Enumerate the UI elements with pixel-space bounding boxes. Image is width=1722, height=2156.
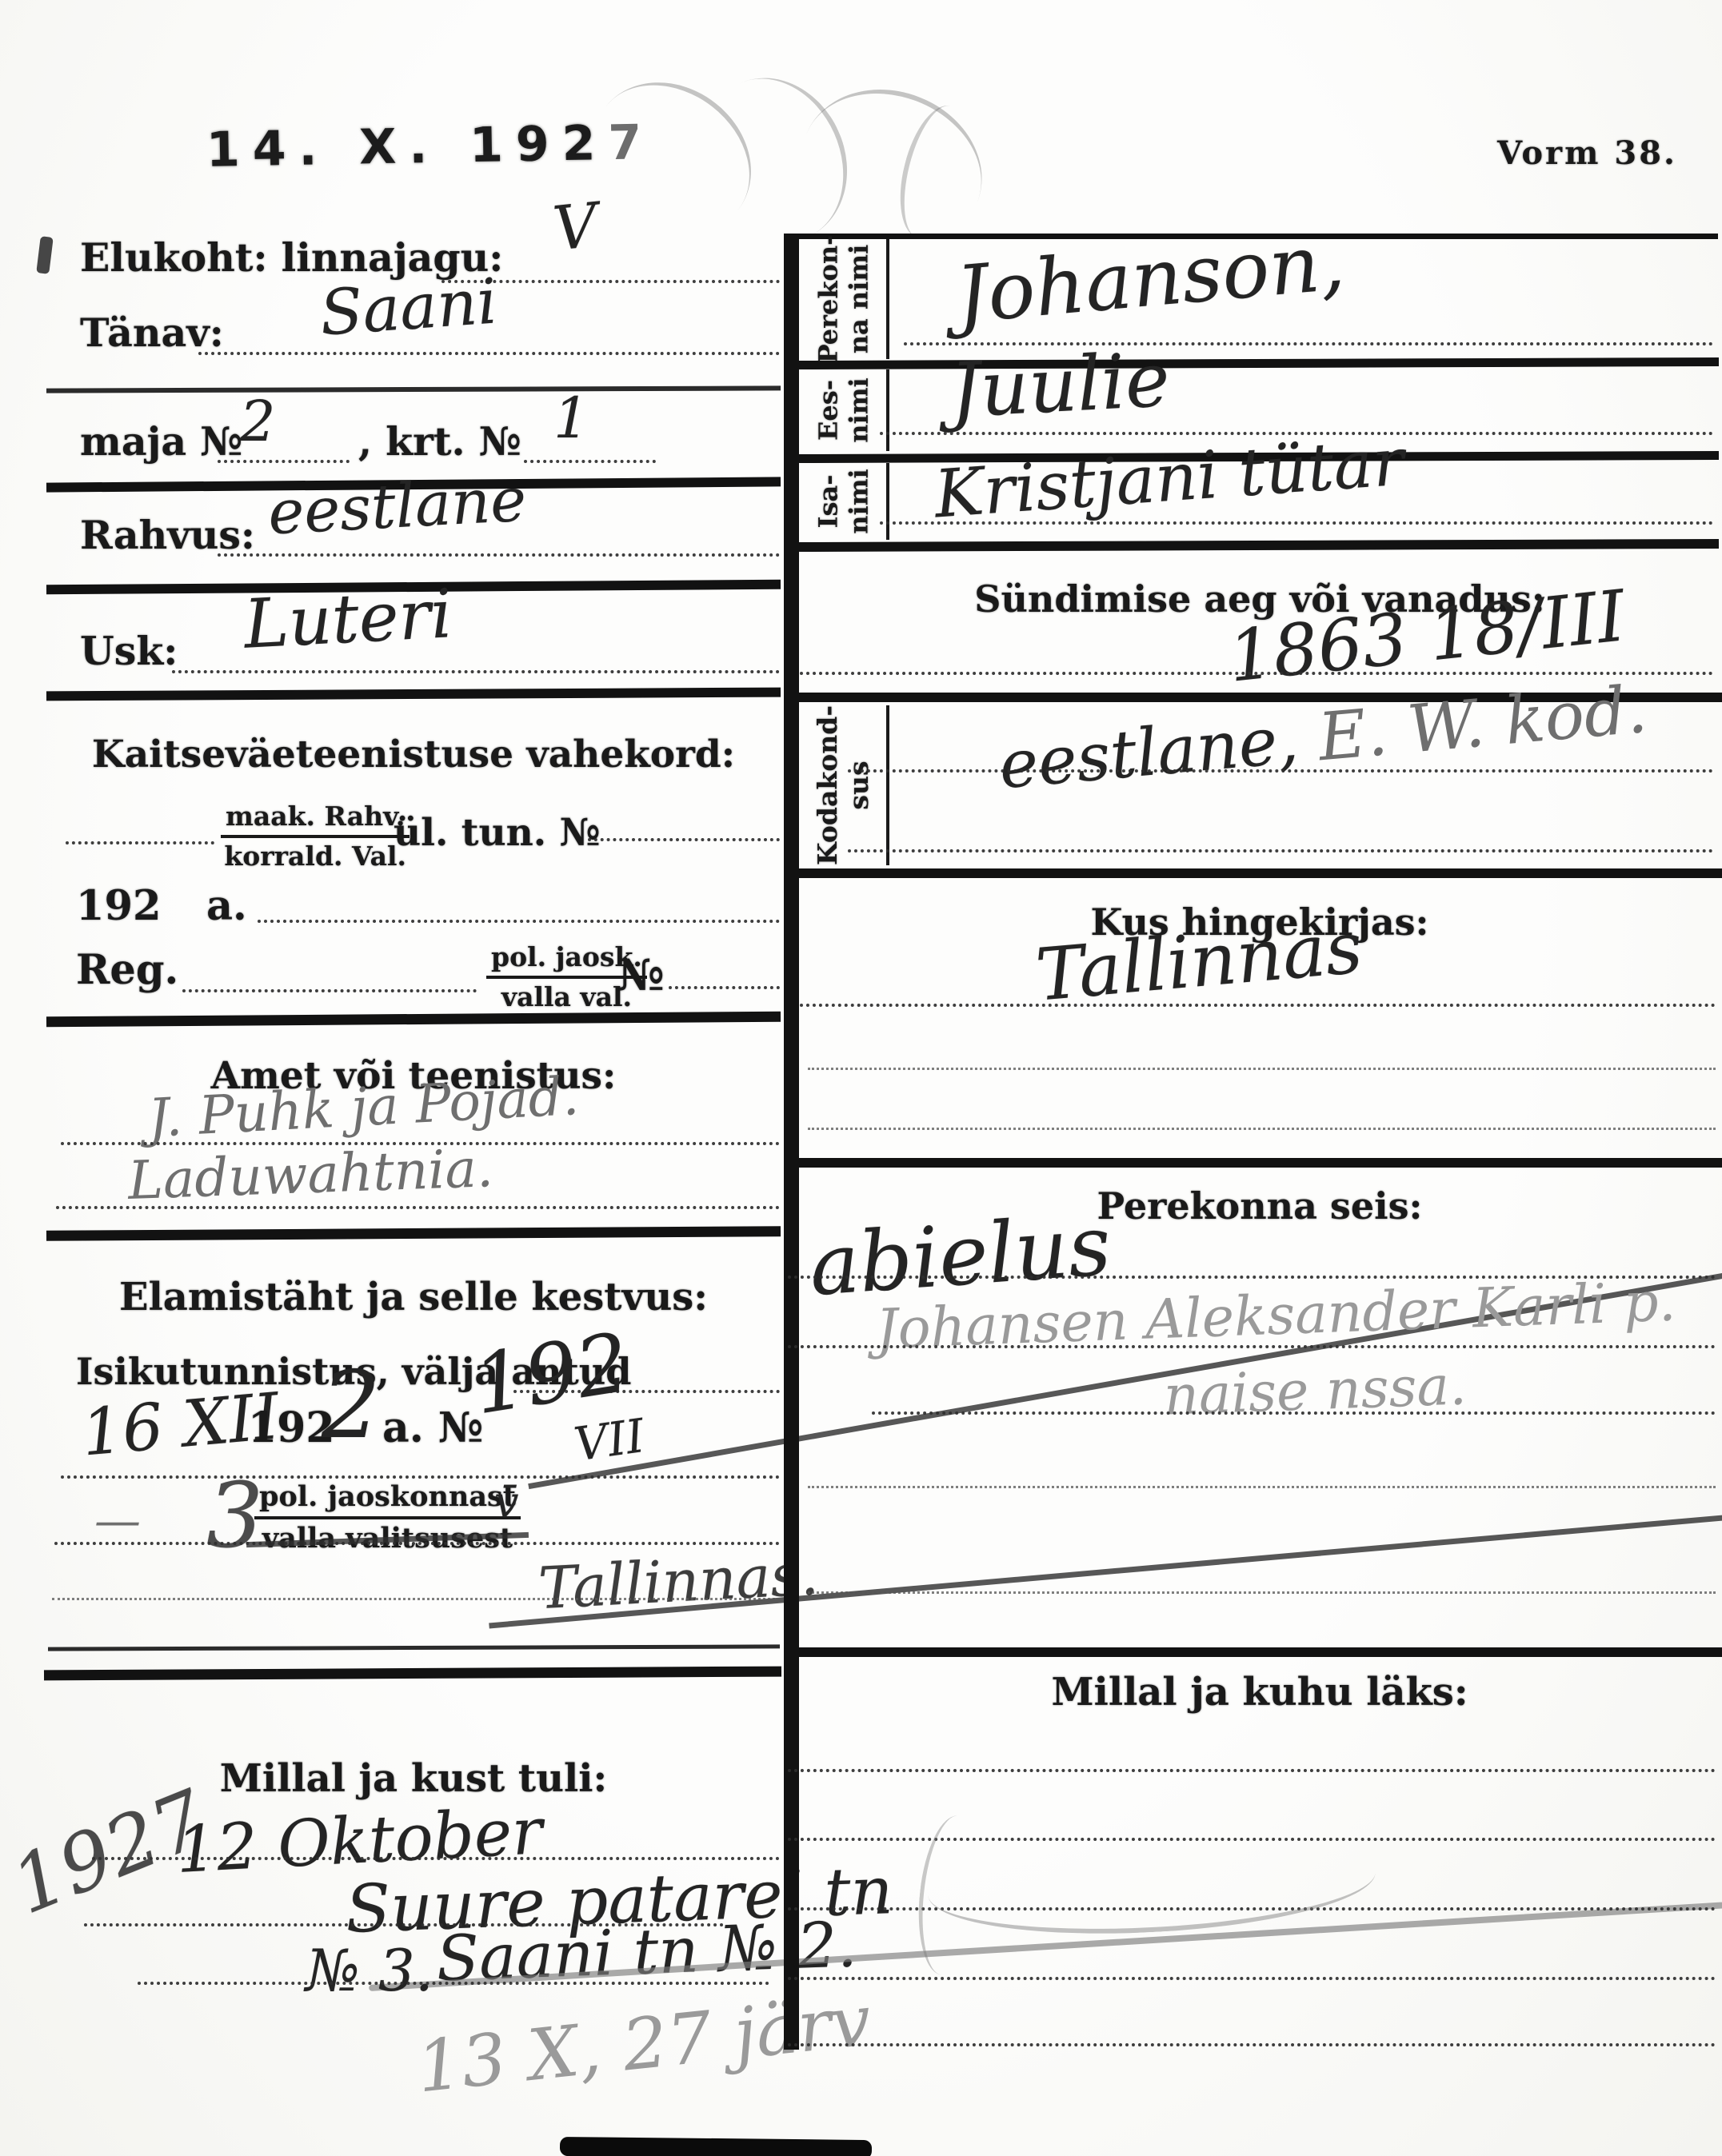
section-kaitsevagi-heading: Kaitseväeteenistuse vahekord: xyxy=(46,736,781,773)
label-cell-kodakondsus: Kodakond- sus xyxy=(801,705,889,865)
ruled-line xyxy=(138,1982,769,1985)
field-v-mark: v̄ xyxy=(494,1481,519,1524)
ruled-line xyxy=(182,989,477,992)
field-krt-label: , krt. № xyxy=(358,422,521,461)
ruled-line xyxy=(52,1598,780,1600)
section-elamistaht-heading: Elamistäht ja selle kestvus: xyxy=(46,1278,781,1316)
field-usk-value: Luteri xyxy=(242,580,453,658)
rule-heavy xyxy=(784,868,1722,878)
ruled-line xyxy=(66,841,214,844)
field-year-label: 192 xyxy=(76,886,161,927)
rule-thin xyxy=(48,1644,780,1651)
ruled-line xyxy=(669,986,780,989)
ruled-line xyxy=(92,1857,780,1860)
ruled-line xyxy=(218,460,350,463)
label-line: sus xyxy=(844,705,875,865)
field-elukoht-value: V xyxy=(550,194,601,259)
field-tuli-line3: № 3. xyxy=(306,1942,433,1999)
ruled-line xyxy=(872,1411,1716,1415)
rule-heavy xyxy=(799,539,1719,552)
field-year-suffix: a. xyxy=(206,886,247,927)
date-stamp-text: 14. X. 192 xyxy=(206,115,609,178)
ruled-line xyxy=(808,1128,1716,1130)
rule-heavy xyxy=(784,1158,1722,1168)
field-rahvus-value: eestlane xyxy=(266,469,528,544)
kodakondsus-main: eestlane, xyxy=(996,702,1300,804)
field-perekonnanimi-label: Perekon- na nimi xyxy=(813,235,874,364)
field-perekonnanimi-value: Johanson, xyxy=(953,223,1348,335)
field-reg-tail: № xyxy=(617,953,665,996)
field-eesnimi-label: Ees- nimi xyxy=(813,377,874,442)
scan-smudge xyxy=(36,236,53,274)
ruled-line xyxy=(172,670,780,673)
ruled-line xyxy=(788,1769,1716,1772)
rule-heavy xyxy=(46,1012,781,1027)
fraction-bottom-struck: valla valitsusest xyxy=(254,1519,521,1555)
field-rahvus-label: Rahvus: xyxy=(80,516,255,555)
rule-heavy xyxy=(46,688,781,701)
field-tanav-value: Saani xyxy=(318,270,500,345)
field-maja-value: 2 xyxy=(240,393,276,449)
ruled-line xyxy=(524,460,656,463)
ruled-line xyxy=(848,849,1713,852)
rule-heavy xyxy=(46,1226,781,1241)
kodakondsus-extra: E. W. kod. xyxy=(1316,672,1650,777)
field-issue-number-label: a. № xyxy=(382,1407,483,1449)
rule-heavy xyxy=(44,1667,781,1681)
field-usk-label: Usk: xyxy=(80,632,178,671)
label-line: nimi xyxy=(844,469,874,533)
ruled-line xyxy=(808,1486,1716,1488)
ruled-line xyxy=(61,1475,780,1479)
field-kaitsevagi-tail: ül. tun. № xyxy=(394,814,601,852)
rule-heavy xyxy=(799,357,1719,369)
label-line: na nimi xyxy=(844,235,874,364)
ruled-line xyxy=(808,1068,1716,1070)
field-tanav-label: Tänav: xyxy=(80,313,224,353)
field-kodakondsus-label: Kodakond- sus xyxy=(813,705,875,865)
field-maja-label: maja № xyxy=(80,422,242,461)
field-reg-label: Reg. xyxy=(76,950,178,991)
field-dash-mark: — xyxy=(94,1497,141,1543)
ruled-line xyxy=(800,672,1713,675)
label-cell-eesnimi: Ees- nimi xyxy=(801,369,889,451)
scanned-form-page: 14. X. 1927 Vorm 38. Elukoht: linnajagu:… xyxy=(0,0,1722,2156)
fraction-top: maak. Rahv. xyxy=(221,801,410,838)
label-line: Ees- xyxy=(813,377,844,442)
ruled-line xyxy=(54,1542,780,1545)
field-kaitsevagi-fraction: maak. Rahv. korrald. Val. xyxy=(221,801,410,872)
date-stamp: 14. X. 1927 xyxy=(206,114,654,178)
label-line: Isa- xyxy=(813,469,844,533)
fraction-bottom: korrald. Val. xyxy=(221,838,410,872)
rule-heavy xyxy=(784,1647,1722,1657)
ruled-line xyxy=(198,352,780,355)
label-line: Kodakond- xyxy=(813,705,844,865)
ruled-line xyxy=(800,1004,1716,1007)
label-cell-perekonnanimi: Perekon- na nimi xyxy=(801,239,889,359)
section-laks-heading: Millal ja kuhu läks: xyxy=(800,1673,1720,1711)
ruled-line xyxy=(56,1206,780,1209)
ruled-line xyxy=(788,1345,1716,1348)
ruled-line xyxy=(788,2043,1716,2046)
field-krt-value: 1 xyxy=(553,390,589,446)
ruled-line xyxy=(808,1591,1716,1594)
field-issue-number-value: 192 xyxy=(468,1322,634,1427)
ruled-line xyxy=(84,1923,724,1926)
ruled-line xyxy=(588,838,780,841)
fraction-top: pol. jaoskonnast xyxy=(254,1481,521,1519)
ruled-line xyxy=(848,769,1713,773)
form-number: Vorm 38. xyxy=(1497,138,1677,170)
field-isanimi-value: Kristjani tütar xyxy=(933,430,1406,529)
field-issue-year-digit: 2 xyxy=(322,1359,381,1452)
ruled-line xyxy=(880,521,1713,525)
ruled-line xyxy=(258,920,780,923)
ruled-line xyxy=(788,1977,1716,1980)
label-line: nimi xyxy=(844,377,874,442)
field-amet-line2: Laduwahtnia. xyxy=(127,1142,494,1208)
ruled-line xyxy=(218,553,780,557)
field-isanimi-label: Isa- nimi xyxy=(813,469,874,533)
label-line: Perekon- xyxy=(813,235,844,364)
column-divider xyxy=(784,234,799,2050)
field-tuli-line2: Suure patarei tn xyxy=(345,1859,894,1943)
rule-heavy xyxy=(46,385,781,393)
label-cell-isanimi: Isa- nimi xyxy=(801,463,889,540)
scan-artifact xyxy=(560,2137,872,2156)
field-eesnimi-value: Juulie xyxy=(949,343,1172,429)
